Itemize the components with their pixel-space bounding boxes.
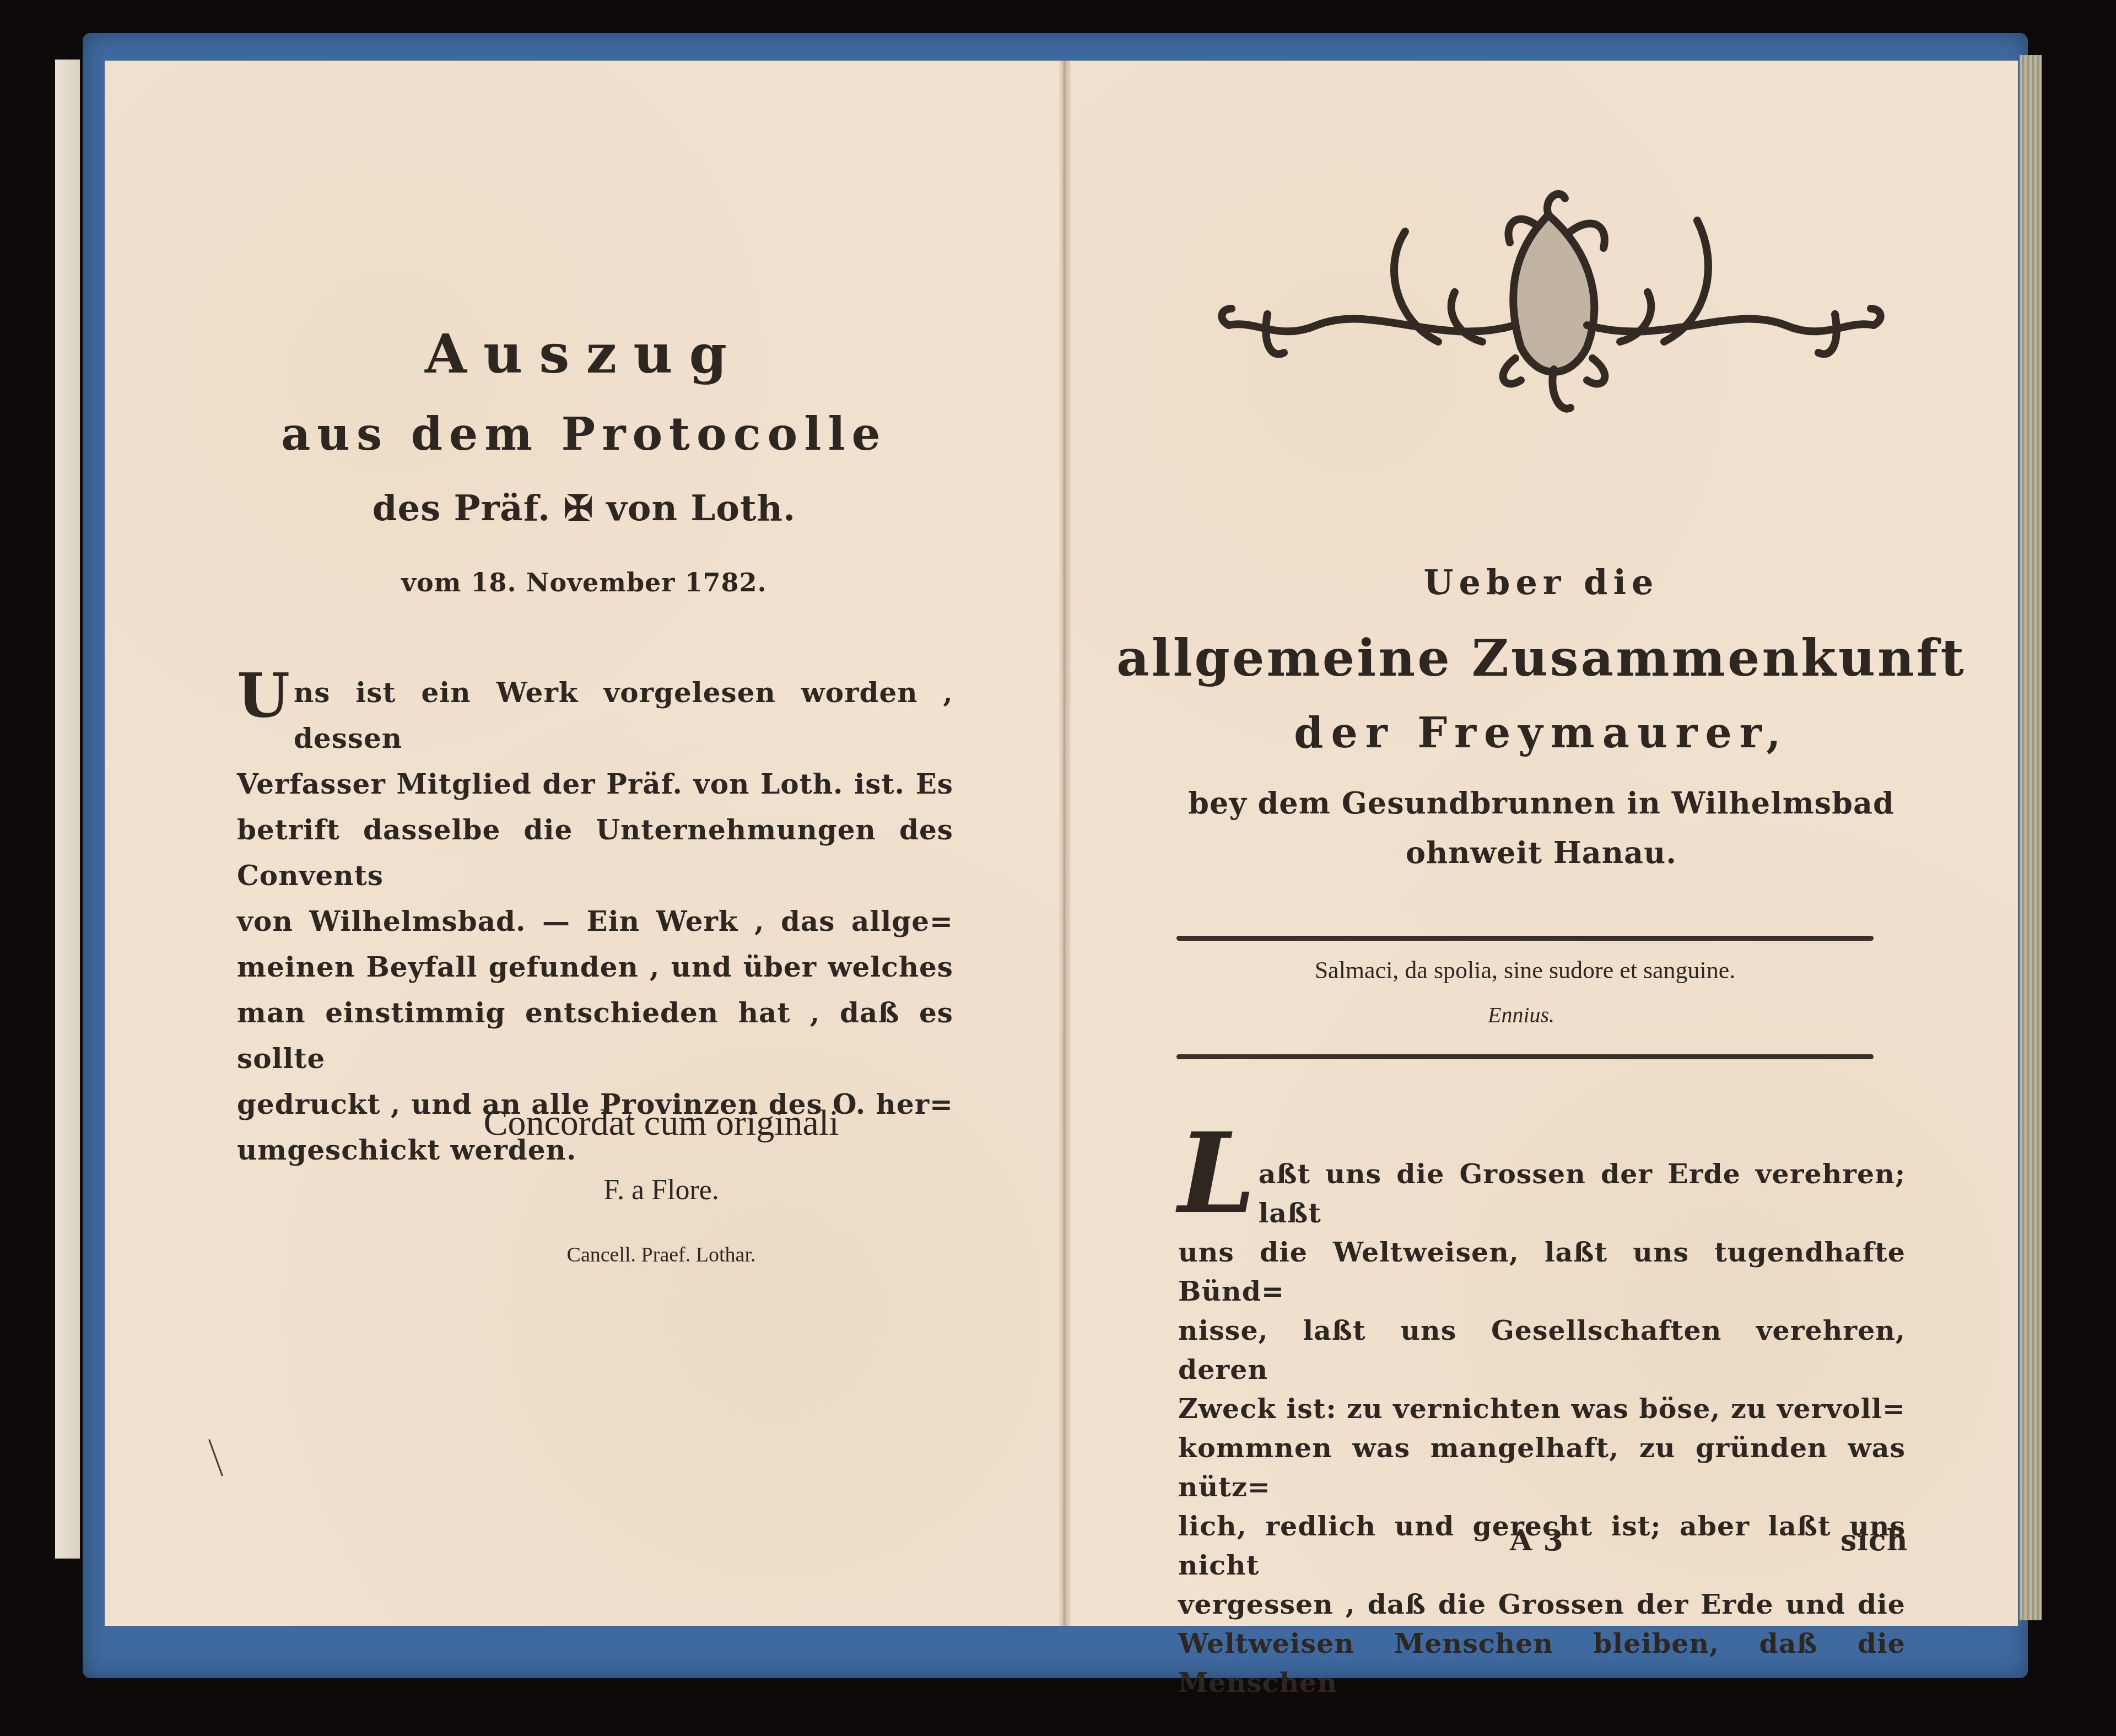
page-edges bbox=[2020, 55, 2042, 1620]
right-title-2: allgemeine Zusammenkunft bbox=[1065, 628, 2018, 688]
motto: Salmaci, da spolia, sine sudore et sangu… bbox=[1176, 956, 1874, 984]
text-line: kommnen was mangelhaft, zu gründen was n… bbox=[1178, 1428, 1906, 1507]
right-body-text: L aßt uns die Grossen der Erde verehren;… bbox=[1178, 1155, 1906, 1702]
text-line: vergessen , daß die Grossen der Erde und… bbox=[1178, 1585, 1906, 1624]
signatory: F. a Flore. bbox=[331, 1174, 992, 1206]
right-title-3: der Freymaurer, bbox=[1065, 708, 2018, 757]
left-subtitle-2: des Präf. ✠ von Loth. bbox=[105, 488, 1064, 529]
text-line: nisse, laßt uns Gesellschaften verehren,… bbox=[1178, 1311, 1906, 1389]
catchword: sich bbox=[1840, 1524, 1908, 1557]
left-title: Auszug bbox=[105, 322, 1064, 386]
ornament-vignette-icon bbox=[1207, 182, 1896, 424]
text-line: aßt uns die Grossen der Erde verehren; l… bbox=[1178, 1155, 1906, 1233]
signature-mark: A 3 bbox=[1510, 1524, 1564, 1557]
right-dropcap: L bbox=[1178, 1133, 1256, 1215]
right-title-1: Ueber die bbox=[1065, 562, 2018, 602]
text-line: man einstimmig entschieden hat , daß es … bbox=[237, 990, 953, 1081]
text-line: Weltweisen Menschen bleiben, daß die Men… bbox=[1178, 1624, 1906, 1702]
left-date: vom 18. November 1782. bbox=[105, 568, 1064, 597]
text-line: uns die Weltweisen, laßt uns tugendhafte… bbox=[1178, 1233, 1906, 1311]
text-line: meinen Beyfall gefunden , und über welch… bbox=[237, 944, 953, 990]
office: Cancell. Praef. Lothar. bbox=[331, 1243, 992, 1267]
left-subtitle-1: aus dem Protocolle bbox=[105, 408, 1064, 461]
motto-author: Ennius. bbox=[1488, 1002, 1554, 1028]
attestation: Concordat cum originali bbox=[331, 1102, 992, 1144]
text-line: Verfasser Mitglied der Präf. von Loth. i… bbox=[237, 761, 953, 807]
endpaper-edge bbox=[55, 60, 80, 1559]
rule-top bbox=[1176, 936, 1874, 941]
text-line: von Wilhelmsbad. — Ein Werk , das allge= bbox=[237, 898, 953, 944]
left-body-text: U ns ist ein Werk vorgelesen worden , de… bbox=[237, 670, 953, 1173]
right-title-4: bey dem Gesundbrunnen in Wilhelmsbad bbox=[1065, 785, 2018, 821]
left-dropcap: U bbox=[237, 671, 290, 720]
right-title-5: ohnweit Hanau. bbox=[1065, 835, 2018, 870]
text-line: betrift dasselbe die Unternehmungen des … bbox=[237, 807, 953, 898]
text-line: ns ist ein Werk vorgelesen worden , dess… bbox=[237, 670, 953, 761]
rule-bottom bbox=[1176, 1054, 1874, 1059]
text-line: Zweck ist: zu vernichten was böse, zu ve… bbox=[1178, 1389, 1906, 1428]
